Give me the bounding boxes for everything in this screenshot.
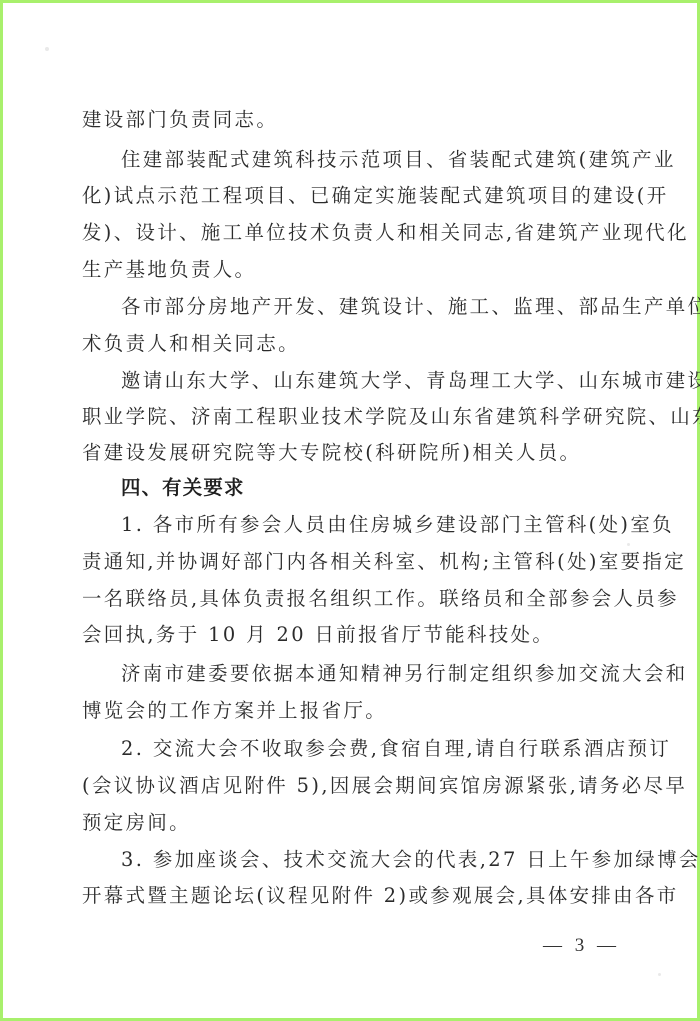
paragraph-line: 博览会的工作方案并上报省厅。 [82, 698, 387, 724]
paragraph-line: 责通知,并协调好部门内各相关科室、机构;主管科(处)室要指定 [82, 549, 627, 575]
paragraph-line: (会议协议酒店见附件 5),因展会期间宾馆房源紧张,请务必尽早 [82, 773, 627, 799]
paragraph-line: 邀请山东大学、山东建筑大学、青岛理工大学、山东城市建设 [121, 368, 627, 394]
paragraph-line: 建设部门负责同志。 [82, 107, 278, 133]
paragraph-line: 一名联络员,具体负责报名组织工作。联络员和全部参会人员参 [82, 586, 627, 612]
paragraph-line: 发)、设计、施工单位技术负责人和相关同志,省建筑产业现代化 [82, 220, 627, 246]
scan-speck [658, 973, 661, 976]
paragraph-line: 济南市建委要依据本通知精神另行制定组织参加交流大会和 [121, 661, 627, 687]
paragraph-line: 各市部分房地产开发、建筑设计、施工、监理、部品生产单位技 [121, 294, 627, 320]
scan-speck [45, 47, 49, 51]
page-number: — 3 — [543, 935, 620, 957]
section-heading: 四、有关要求 [121, 475, 245, 501]
paragraph-line: 3. 参加座谈会、技术交流大会的代表,27 日上午参加绿博会 [121, 847, 627, 873]
paragraph-line: 2. 交流大会不收取参会费,食宿自理,请自行联系酒店预订 [121, 736, 627, 762]
paragraph-line: 省建设发展研究院等大专院校(科研院所)相关人员。 [82, 440, 581, 466]
paragraph-line: 住建部装配式建筑科技示范项目、省装配式建筑(建筑产业 [121, 147, 627, 173]
document-page: 建设部门负责同志。 住建部装配式建筑科技示范项目、省装配式建筑(建筑产业 化)试… [0, 0, 700, 1021]
paragraph-line: 化)试点示范工程项目、已确定实施装配式建筑项目的建设(开 [82, 183, 627, 209]
paragraph-line: 会回执,务于 10 月 20 日前报省厅节能科技处。 [82, 622, 554, 648]
paragraph-line: 生产基地负责人。 [82, 257, 256, 283]
paragraph-line: 术负责人和相关同志。 [82, 331, 300, 357]
paragraph-line: 职业学院、济南工程职业技术学院及山东省建筑科学研究院、山东 [82, 404, 627, 430]
paragraph-line: 开幕式暨主题论坛(议程见附件 2)或参观展会,具体安排由各市 [82, 883, 627, 909]
paragraph-line: 预定房间。 [82, 810, 191, 836]
paragraph-line: 1. 各市所有参会人员由住房城乡建设部门主管科(处)室负 [121, 512, 627, 538]
scan-speck [627, 543, 630, 546]
